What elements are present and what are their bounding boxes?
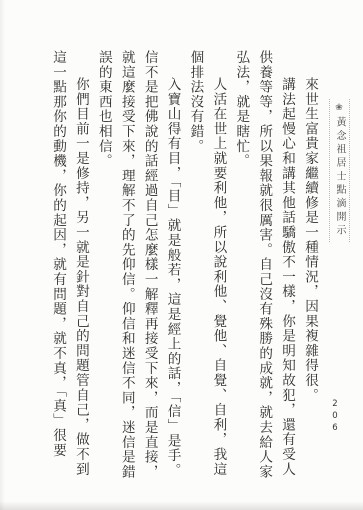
flower-ornament-icon: ❀ (334, 103, 344, 117)
main-text: 來世生富貴家繼續修是一種情況，因果複雜得很。 講法起慢心和講其他話驕傲不一樣，你… (43, 50, 321, 481)
paragraph-4: 入寶山得有目，「目」就是般若，這是經上的話，「信」是手。信不是把佛說的話經過自己… (92, 50, 184, 481)
page-bottom-edge-shadow (0, 501, 363, 510)
paragraph-3: 人活在世上就要利他，所以說利他、覺他、自覺、自利，我這個排法沒有錯。 (184, 50, 230, 481)
page-number: 206 (330, 399, 340, 435)
paragraph-2: 講法起慢心和講其他話驕傲不一樣，你是明知故犯，還有受人供養等等，所以果報就很厲害… (229, 50, 298, 481)
paragraph-1: 來世生富貴家繼續修是一種情況，因果複雜得很。 (298, 50, 321, 481)
running-head-title: 黃念祖居士點滴開示 (334, 117, 345, 239)
paragraph-5: 你們目前一是修持，另一就是針對自己的問題管自己，做不到這一點那你的動機，你的起因… (46, 50, 92, 481)
running-head: ❀黃念祖居士點滴開示 (329, 99, 350, 242)
page-left-edge-shadow (0, 0, 5, 510)
book-page: ❀黃念祖居士點滴開示 來世生富貴家繼續修是一種情況，因果複雜得很。 講法起慢心和… (0, 0, 363, 510)
